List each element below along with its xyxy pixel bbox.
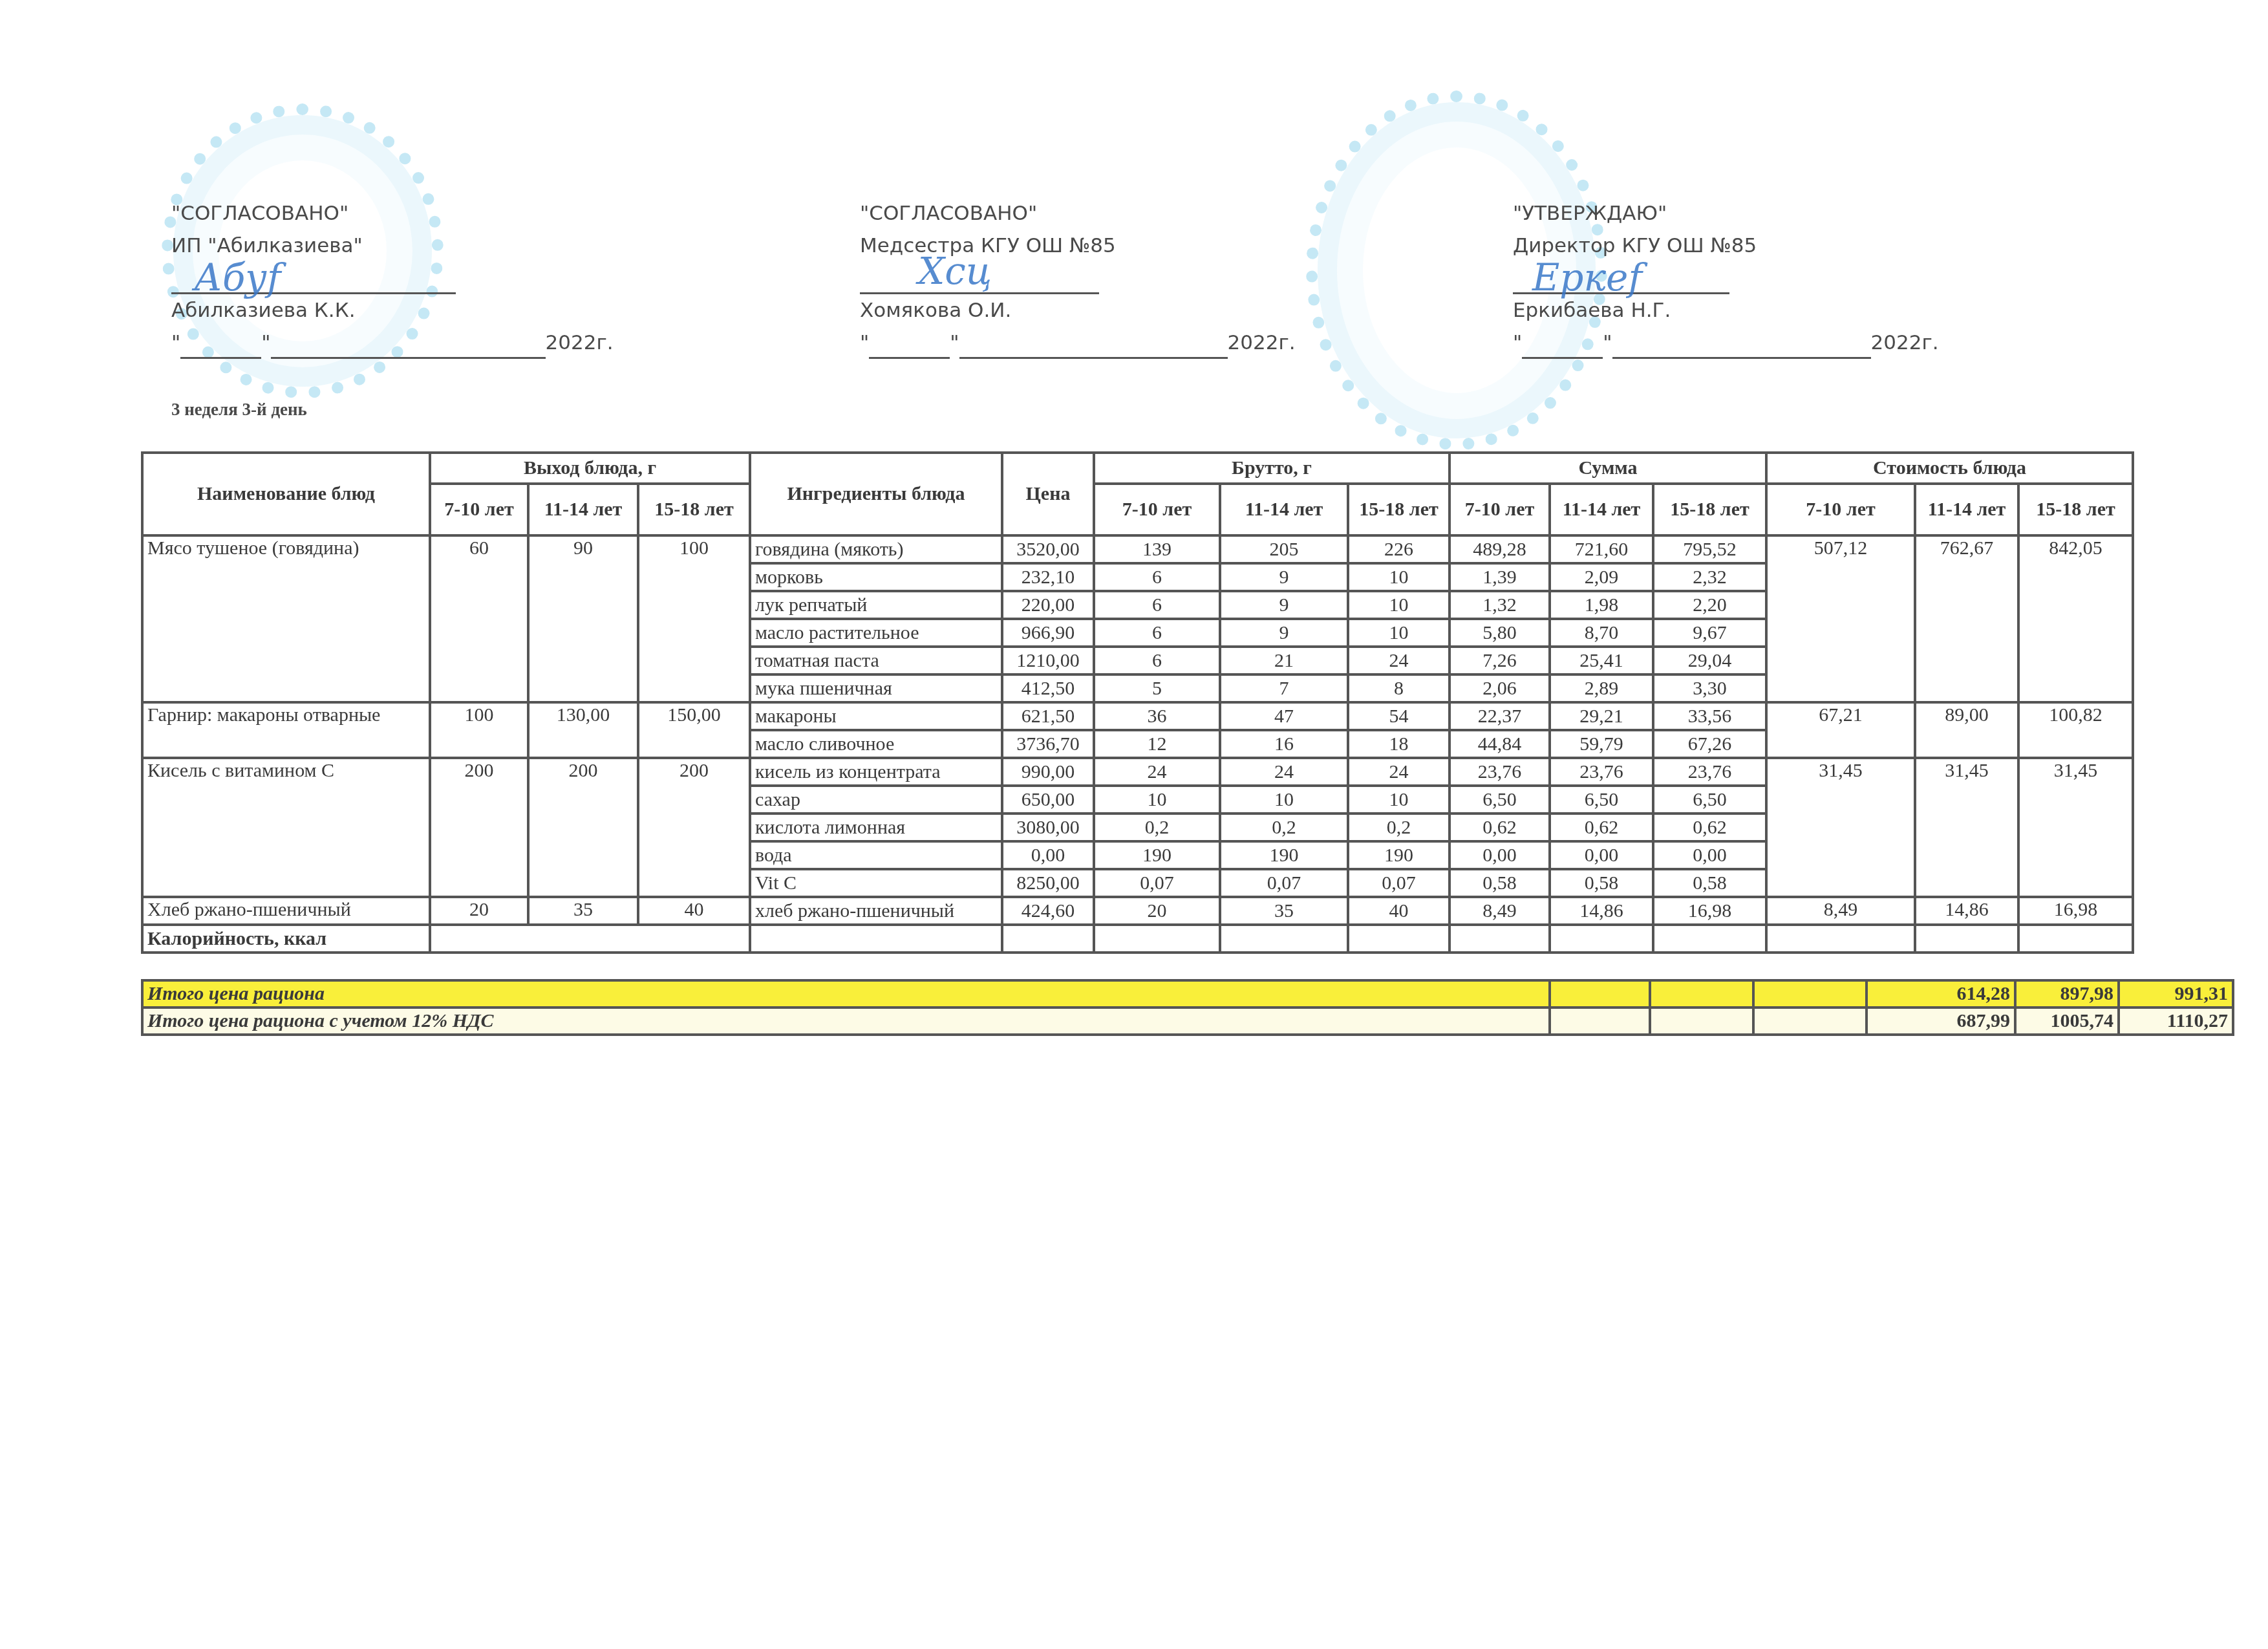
ingredient-name: лук репчатый bbox=[750, 591, 1002, 619]
ingredient-price: 424,60 bbox=[1002, 897, 1094, 925]
header-age: 7-10 лет bbox=[1766, 484, 1915, 535]
ingredient-price: 3520,00 bbox=[1002, 535, 1094, 563]
date-day-line bbox=[1522, 338, 1603, 359]
ingredient-brutto: 5 bbox=[1094, 674, 1220, 702]
table-row: Гарнир: макароны отварные100130,00150,00… bbox=[142, 702, 2133, 730]
ingredient-brutto: 18 bbox=[1348, 730, 1450, 758]
ingredient-sum: 2,09 bbox=[1550, 563, 1653, 591]
ingredient-sum: 2,32 bbox=[1653, 563, 1766, 591]
ingredient-brutto: 47 bbox=[1220, 702, 1348, 730]
ingredient-sum: 6,50 bbox=[1653, 786, 1766, 814]
ingredient-sum: 489,28 bbox=[1450, 535, 1550, 563]
ingredient-sum: 16,98 bbox=[1653, 897, 1766, 925]
ingredient-sum: 29,21 bbox=[1550, 702, 1653, 730]
dish-yield: 130,00 bbox=[528, 702, 638, 758]
header-age: 11-14 лет bbox=[1550, 484, 1653, 535]
ingredient-sum: 0,62 bbox=[1653, 814, 1766, 841]
ingredient-brutto: 10 bbox=[1348, 786, 1450, 814]
dish-cost: 89,00 bbox=[1915, 702, 2018, 758]
ingredient-brutto: 9 bbox=[1220, 591, 1348, 619]
ingredient-name: сахар bbox=[750, 786, 1002, 814]
dish-yield: 35 bbox=[528, 897, 638, 925]
ingredient-brutto: 10 bbox=[1348, 591, 1450, 619]
ingredient-price: 220,00 bbox=[1002, 591, 1094, 619]
ingredient-brutto: 54 bbox=[1348, 702, 1450, 730]
header-yield: Выход блюда, г bbox=[430, 453, 750, 484]
ingredient-brutto: 9 bbox=[1220, 563, 1348, 591]
ingredient-name: кислота лимонная bbox=[750, 814, 1002, 841]
header-brutto: Брутто, г bbox=[1094, 453, 1450, 484]
ingredient-price: 621,50 bbox=[1002, 702, 1094, 730]
ingredient-sum: 8,70 bbox=[1550, 619, 1653, 647]
date-day-line bbox=[869, 338, 950, 359]
ingredient-price: 0,00 bbox=[1002, 841, 1094, 869]
date-quote: " bbox=[1603, 331, 1612, 354]
calories-row: Калорийность, ккал bbox=[142, 925, 2133, 953]
dish-cost: 31,45 bbox=[1766, 758, 1915, 897]
header-age: 7-10 лет bbox=[430, 484, 528, 535]
ingredient-sum: 7,26 bbox=[1450, 647, 1550, 674]
ingredient-sum: 2,06 bbox=[1450, 674, 1550, 702]
ingredient-price: 412,50 bbox=[1002, 674, 1094, 702]
ingredient-brutto: 20 bbox=[1094, 897, 1220, 925]
calories-label: Калорийность, ккал bbox=[142, 925, 430, 953]
date-quote: " bbox=[171, 331, 180, 354]
ingredient-name: морковь bbox=[750, 563, 1002, 591]
header-age: 15-18 лет bbox=[1348, 484, 1450, 535]
ingredient-brutto: 205 bbox=[1220, 535, 1348, 563]
table-row: Кисель с витамином С200200200кисель из к… bbox=[142, 758, 2133, 786]
ingredient-name: хлеб ржано-пшеничный bbox=[750, 897, 1002, 925]
approval-heading: "УТВЕРЖДАЮ" bbox=[1513, 197, 1939, 230]
ingredient-brutto: 21 bbox=[1220, 647, 1348, 674]
date-quote: " bbox=[860, 331, 869, 354]
ingredient-brutto: 0,2 bbox=[1220, 814, 1348, 841]
ingredient-sum: 5,80 bbox=[1450, 619, 1550, 647]
signature-1: Абуf bbox=[194, 255, 281, 299]
date-month-line bbox=[271, 338, 546, 359]
totals-value: 614,28 bbox=[1867, 980, 2015, 1008]
ingredient-brutto: 190 bbox=[1220, 841, 1348, 869]
ingredient-name: вода bbox=[750, 841, 1002, 869]
calories-cell bbox=[1766, 925, 1915, 953]
ingredient-brutto: 10 bbox=[1348, 619, 1450, 647]
ingredient-brutto: 24 bbox=[1348, 647, 1450, 674]
date-month-line bbox=[959, 338, 1228, 359]
ingredient-sum: 6,50 bbox=[1450, 786, 1550, 814]
ingredient-price: 990,00 bbox=[1002, 758, 1094, 786]
ingredient-price: 966,90 bbox=[1002, 619, 1094, 647]
totals-row: Итого цена рациона с учетом 12% НДС687,9… bbox=[142, 1008, 2233, 1035]
totals-value: 1005,74 bbox=[2015, 1008, 2119, 1035]
ingredient-brutto: 12 bbox=[1094, 730, 1220, 758]
header-age: 15-18 лет bbox=[1653, 484, 1766, 535]
ingredient-brutto: 0,2 bbox=[1348, 814, 1450, 841]
approval-year: 2022г. bbox=[1228, 331, 1296, 354]
dish-cost: 507,12 bbox=[1766, 535, 1915, 702]
header-age: 11-14 лет bbox=[1915, 484, 2018, 535]
dish-name: Мясо тушеное (говядина) bbox=[142, 535, 430, 702]
ingredient-sum: 14,86 bbox=[1550, 897, 1653, 925]
header-dish-name: Наименование блюд bbox=[142, 453, 430, 535]
ingredient-sum: 23,76 bbox=[1550, 758, 1653, 786]
calories-cell bbox=[1450, 925, 1550, 953]
dish-yield: 20 bbox=[430, 897, 528, 925]
ingredient-price: 3736,70 bbox=[1002, 730, 1094, 758]
totals-value: 687,99 bbox=[1867, 1008, 2015, 1035]
signature-2: Хсц bbox=[918, 249, 992, 293]
header-age: 7-10 лет bbox=[1450, 484, 1550, 535]
approval-heading: "СОГЛАСОВАНО" bbox=[171, 197, 614, 230]
totals-label: Итого цена рациона с учетом 12% НДС bbox=[142, 1008, 1550, 1035]
totals-table: Итого цена рациона614,28897,98991,31Итог… bbox=[141, 979, 2234, 1036]
ingredient-sum: 0,58 bbox=[1550, 869, 1653, 897]
ingredient-sum: 22,37 bbox=[1450, 702, 1550, 730]
ingredient-sum: 721,60 bbox=[1550, 535, 1653, 563]
dish-cost: 31,45 bbox=[1915, 758, 2018, 897]
ingredient-name: томатная паста bbox=[750, 647, 1002, 674]
ingredient-sum: 8,49 bbox=[1450, 897, 1550, 925]
totals-value: 897,98 bbox=[2015, 980, 2119, 1008]
ingredient-brutto: 7 bbox=[1220, 674, 1348, 702]
menu-table: Наименование блюд Выход блюда, г Ингреди… bbox=[141, 451, 2134, 954]
totals-value: 1110,27 bbox=[2119, 1008, 2233, 1035]
header-row-2: 7-10 лет 11-14 лет 15-18 лет 7-10 лет 11… bbox=[142, 484, 2133, 535]
calories-cell bbox=[2018, 925, 2133, 953]
dish-yield: 150,00 bbox=[638, 702, 750, 758]
totals-empty-cell bbox=[1550, 980, 1650, 1008]
calories-cell bbox=[1550, 925, 1653, 953]
ingredient-brutto: 16 bbox=[1220, 730, 1348, 758]
dish-cost: 8,49 bbox=[1766, 897, 1915, 925]
dish-cost: 16,98 bbox=[2018, 897, 2133, 925]
ingredient-sum: 0,00 bbox=[1550, 841, 1653, 869]
ingredient-name: кисель из концентрата bbox=[750, 758, 1002, 786]
calories-cell bbox=[1348, 925, 1450, 953]
header-age: 11-14 лет bbox=[528, 484, 638, 535]
calories-cell bbox=[1002, 925, 1094, 953]
dish-cost: 842,05 bbox=[2018, 535, 2133, 702]
ingredient-brutto: 190 bbox=[1348, 841, 1450, 869]
ingredient-brutto: 190 bbox=[1094, 841, 1220, 869]
ingredient-price: 8250,00 bbox=[1002, 869, 1094, 897]
ingredient-sum: 9,67 bbox=[1653, 619, 1766, 647]
totals-row: Итого цена рациона614,28897,98991,31 bbox=[142, 980, 2233, 1008]
ingredient-name: мука пшеничная bbox=[750, 674, 1002, 702]
date-month-line bbox=[1612, 338, 1871, 359]
dish-yield: 90 bbox=[528, 535, 638, 702]
header-age: 11-14 лет bbox=[1220, 484, 1348, 535]
dish-yield: 200 bbox=[430, 758, 528, 897]
dish-cost: 14,86 bbox=[1915, 897, 2018, 925]
totals-label: Итого цена рациона bbox=[142, 980, 1550, 1008]
ingredient-brutto: 226 bbox=[1348, 535, 1450, 563]
dish-cost: 31,45 bbox=[2018, 758, 2133, 897]
menu-day-subtitle: 3 неделя 3-й день bbox=[171, 400, 307, 420]
signature-3: Еркеf bbox=[1532, 255, 1642, 299]
ingredient-sum: 23,76 bbox=[1653, 758, 1766, 786]
ingredient-sum: 2,89 bbox=[1550, 674, 1653, 702]
ingredient-brutto: 0,07 bbox=[1348, 869, 1450, 897]
totals-empty-cell bbox=[1753, 1008, 1867, 1035]
calories-cell bbox=[750, 925, 1002, 953]
ingredient-brutto: 8 bbox=[1348, 674, 1450, 702]
ingredient-brutto: 24 bbox=[1348, 758, 1450, 786]
dish-cost: 762,67 bbox=[1915, 535, 2018, 702]
header-sum: Сумма bbox=[1450, 453, 1766, 484]
dish-yield: 60 bbox=[430, 535, 528, 702]
ingredient-brutto: 139 bbox=[1094, 535, 1220, 563]
ingredient-brutto: 10 bbox=[1220, 786, 1348, 814]
ingredient-sum: 25,41 bbox=[1550, 647, 1653, 674]
totals-empty-cell bbox=[1650, 1008, 1753, 1035]
header-row-1: Наименование блюд Выход блюда, г Ингреди… bbox=[142, 453, 2133, 484]
ingredient-brutto: 24 bbox=[1220, 758, 1348, 786]
totals-empty-cell bbox=[1650, 980, 1753, 1008]
ingredient-price: 3080,00 bbox=[1002, 814, 1094, 841]
ingredient-price: 232,10 bbox=[1002, 563, 1094, 591]
ingredient-price: 650,00 bbox=[1002, 786, 1094, 814]
header-age: 15-18 лет bbox=[638, 484, 750, 535]
ingredient-sum: 44,84 bbox=[1450, 730, 1550, 758]
ingredient-sum: 2,20 bbox=[1653, 591, 1766, 619]
calories-cell bbox=[1094, 925, 1220, 953]
approval-name: Хомякова О.И. bbox=[860, 294, 1296, 327]
dish-name: Кисель с витамином С bbox=[142, 758, 430, 897]
dish-name: Гарнир: макароны отварные bbox=[142, 702, 430, 758]
date-quote: " bbox=[1513, 331, 1522, 354]
dish-yield: 200 bbox=[638, 758, 750, 897]
totals-value: 991,31 bbox=[2119, 980, 2233, 1008]
ingredient-brutto: 24 bbox=[1094, 758, 1220, 786]
ingredient-sum: 0,62 bbox=[1450, 814, 1550, 841]
approval-year: 2022г. bbox=[546, 331, 614, 354]
ingredient-brutto: 0,2 bbox=[1094, 814, 1220, 841]
dish-yield: 200 bbox=[528, 758, 638, 897]
ingredient-sum: 0,00 bbox=[1653, 841, 1766, 869]
dish-cost: 67,21 bbox=[1766, 702, 1915, 758]
ingredient-brutto: 0,07 bbox=[1220, 869, 1348, 897]
dish-cost: 100,82 bbox=[2018, 702, 2133, 758]
table-row: Мясо тушеное (говядина)6090100говядина (… bbox=[142, 535, 2133, 563]
ingredient-brutto: 6 bbox=[1094, 619, 1220, 647]
calories-yield-cell bbox=[430, 925, 750, 953]
header-cost: Стоимость блюда bbox=[1766, 453, 2133, 484]
ingredient-name: Vit C bbox=[750, 869, 1002, 897]
ingredient-sum: 795,52 bbox=[1653, 535, 1766, 563]
table-row: Хлеб ржано-пшеничный203540хлеб ржано-пше… bbox=[142, 897, 2133, 925]
ingredient-brutto: 6 bbox=[1094, 647, 1220, 674]
date-day-line bbox=[180, 338, 261, 359]
ingredient-sum: 6,50 bbox=[1550, 786, 1653, 814]
dish-yield: 40 bbox=[638, 897, 750, 925]
ingredient-sum: 1,39 bbox=[1450, 563, 1550, 591]
ingredient-brutto: 35 bbox=[1220, 897, 1348, 925]
ingredient-brutto: 6 bbox=[1094, 563, 1220, 591]
ingredient-sum: 1,32 bbox=[1450, 591, 1550, 619]
date-quote: " bbox=[261, 331, 270, 354]
date-quote: " bbox=[950, 331, 959, 354]
ingredient-brutto: 10 bbox=[1348, 563, 1450, 591]
totals-empty-cell bbox=[1753, 980, 1867, 1008]
ingredient-sum: 1,98 bbox=[1550, 591, 1653, 619]
ingredient-sum: 67,26 bbox=[1653, 730, 1766, 758]
ingredient-sum: 29,04 bbox=[1653, 647, 1766, 674]
totals-empty-cell bbox=[1550, 1008, 1650, 1035]
ingredient-sum: 33,56 bbox=[1653, 702, 1766, 730]
ingredient-name: говядина (мякоть) bbox=[750, 535, 1002, 563]
approval-year: 2022г. bbox=[1871, 331, 1939, 354]
ingredient-sum: 23,76 bbox=[1450, 758, 1550, 786]
ingredient-name: масло сливочное bbox=[750, 730, 1002, 758]
ingredient-sum: 0,58 bbox=[1653, 869, 1766, 897]
dish-name: Хлеб ржано-пшеничный bbox=[142, 897, 430, 925]
header-age: 7-10 лет bbox=[1094, 484, 1220, 535]
ingredient-brutto: 10 bbox=[1094, 786, 1220, 814]
calories-cell bbox=[1220, 925, 1348, 953]
ingredient-sum: 0,62 bbox=[1550, 814, 1653, 841]
ingredient-sum: 0,58 bbox=[1450, 869, 1550, 897]
ingredient-brutto: 36 bbox=[1094, 702, 1220, 730]
calories-cell bbox=[1653, 925, 1766, 953]
header-age: 15-18 лет bbox=[2018, 484, 2133, 535]
ingredient-brutto: 9 bbox=[1220, 619, 1348, 647]
approval-heading: "СОГЛАСОВАНО" bbox=[860, 197, 1296, 230]
calories-cell bbox=[1915, 925, 2018, 953]
ingredient-brutto: 0,07 bbox=[1094, 869, 1220, 897]
ingredient-sum: 3,30 bbox=[1653, 674, 1766, 702]
dish-yield: 100 bbox=[430, 702, 528, 758]
ingredient-sum: 0,00 bbox=[1450, 841, 1550, 869]
ingredient-brutto: 6 bbox=[1094, 591, 1220, 619]
header-ingredients: Ингредиенты блюда bbox=[750, 453, 1002, 535]
ingredient-name: масло растительное bbox=[750, 619, 1002, 647]
header-price: Цена bbox=[1002, 453, 1094, 535]
ingredient-sum: 59,79 bbox=[1550, 730, 1653, 758]
dish-yield: 100 bbox=[638, 535, 750, 702]
ingredient-price: 1210,00 bbox=[1002, 647, 1094, 674]
ingredient-brutto: 40 bbox=[1348, 897, 1450, 925]
ingredient-name: макароны bbox=[750, 702, 1002, 730]
